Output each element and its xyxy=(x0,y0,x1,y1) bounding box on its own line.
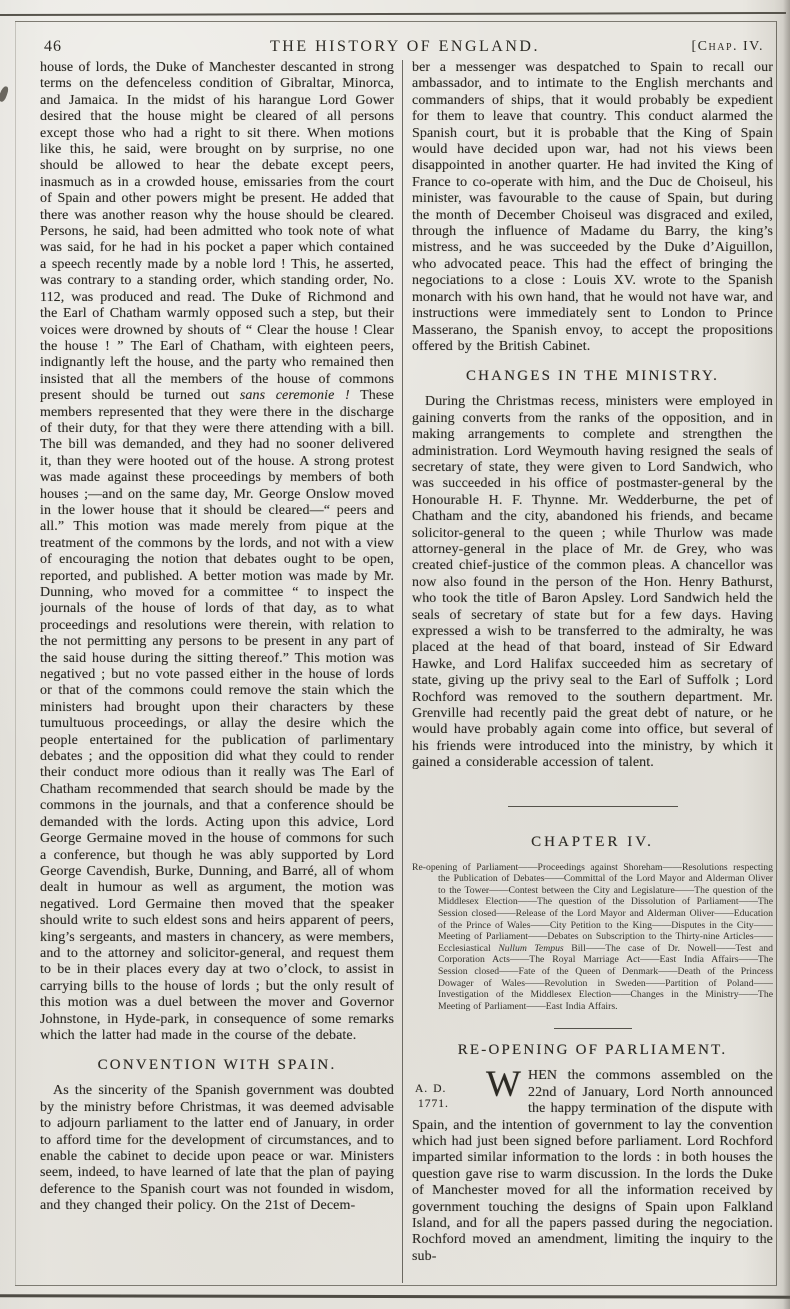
marginal-date-year: 1771. xyxy=(412,1097,462,1112)
right-frame-rule xyxy=(776,21,777,1285)
marginal-date: A. D.1771. xyxy=(412,1068,462,1116)
running-head: 46 THE HISTORY OF ENGLAND. [Chap. IV. xyxy=(44,36,766,58)
latin-phrase-italic: sans ceremonie ! xyxy=(240,388,350,403)
bottom-outer-rule xyxy=(0,1294,790,1298)
page-edge-shadow xyxy=(783,0,790,1309)
changes-in-ministry-heading: CHANGES IN THE MINISTRY. xyxy=(412,368,773,385)
chapter-ref: [Chap. IV. xyxy=(692,39,764,55)
left-frame-rule xyxy=(15,21,16,1285)
right-continuation-paragraph: ber a messenger was despatched to Spain … xyxy=(412,60,773,355)
left-continuation-part-a: house of lords, the Duke of Manchester d… xyxy=(40,60,394,403)
reopening-paragraph-text: HEN the commons assembled on the 22nd of… xyxy=(412,1068,773,1263)
book-page-scan: 46 THE HISTORY OF ENGLAND. [Chap. IV. ho… xyxy=(0,0,790,1309)
ministry-paragraph: During the Christmas recess, ministers w… xyxy=(412,394,773,771)
page-title: THE HISTORY OF ENGLAND. xyxy=(44,38,766,56)
chapter-synopsis-part-a: Re-opening of Parliament——Proceedings ag… xyxy=(412,862,773,954)
reopening-parliament-heading: RE-OPENING OF PARLIAMENT. xyxy=(412,1042,773,1059)
bottom-inner-rule xyxy=(15,1285,777,1286)
section-divider-rule xyxy=(508,806,678,807)
convention-with-spain-heading: CONVENTION WITH SPAIN. xyxy=(40,1057,394,1074)
text-columns: house of lords, the Duke of Manchester d… xyxy=(40,60,773,1283)
drop-cap-letter: W xyxy=(486,1069,521,1101)
ink-blemish xyxy=(0,85,9,102)
top-inner-rule xyxy=(15,21,777,22)
top-outer-rule xyxy=(0,12,786,16)
chapter-synopsis: Re-opening of Parliament——Proceedings ag… xyxy=(412,862,773,1013)
chapter-iv-heading: CHAPTER IV. xyxy=(412,834,773,851)
right-column: ber a messenger was despatched to Spain … xyxy=(412,60,773,1283)
column-gutter-right xyxy=(403,60,412,1283)
marginal-date-ad: A. D. xyxy=(412,1082,462,1097)
convention-paragraph: As the sincerity of the Spanish governme… xyxy=(40,1083,394,1214)
column-gutter-left xyxy=(394,60,402,1283)
left-column: house of lords, the Duke of Manchester d… xyxy=(40,60,394,1283)
left-continuation-paragraph: house of lords, the Duke of Manchester d… xyxy=(40,60,394,1044)
reopening-paragraph: A. D.1771.WHEN the commons assembled on … xyxy=(412,1068,773,1265)
left-continuation-part-b: These members represented that they were… xyxy=(40,388,394,1043)
subsection-divider-rule xyxy=(554,1028,632,1029)
nullum-tempus-italic: Nullum Tempus xyxy=(498,943,563,954)
